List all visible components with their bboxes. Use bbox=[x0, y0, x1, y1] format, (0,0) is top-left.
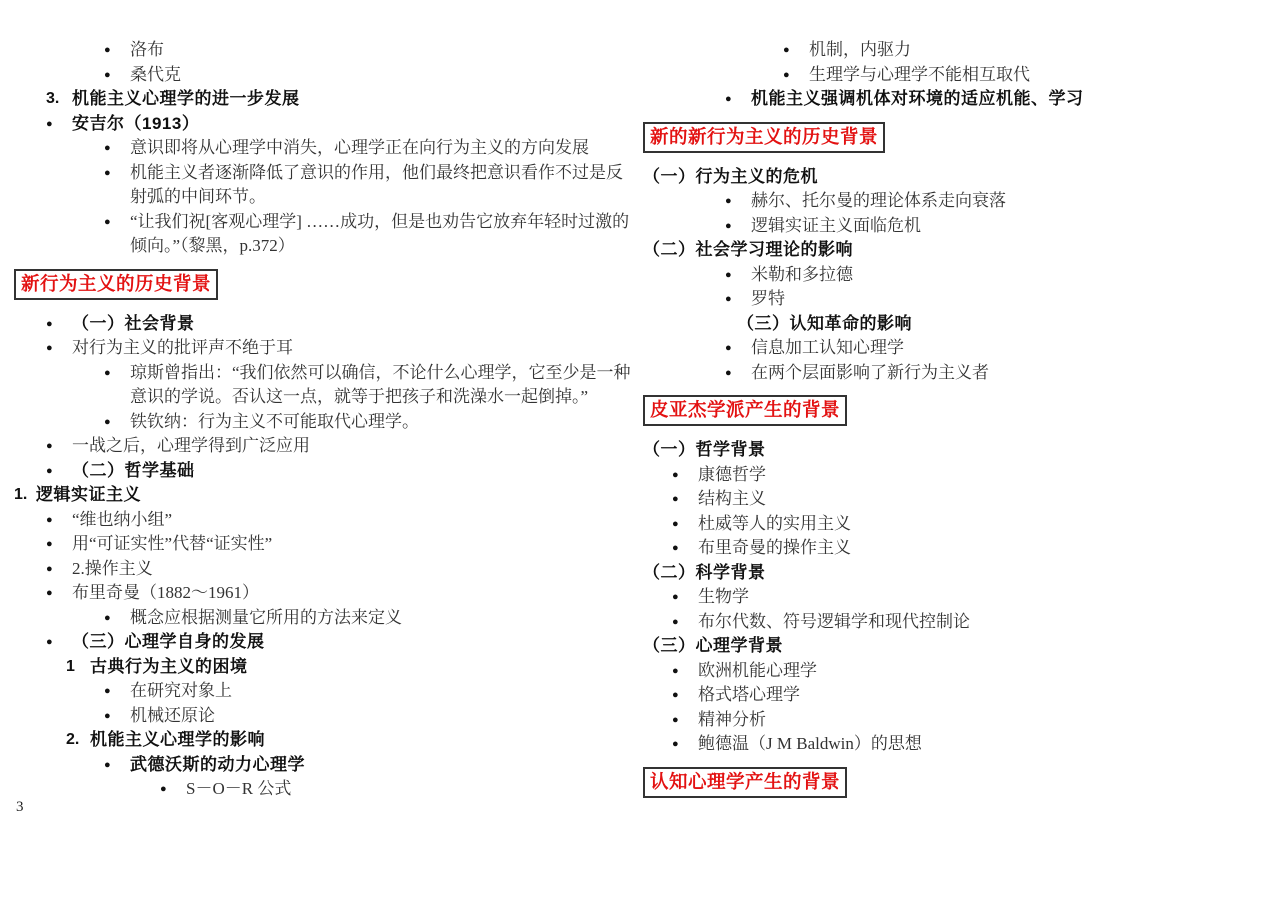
outline-item: （三）心理学背景 bbox=[643, 634, 1275, 659]
outline-item: ●铁钦纳：行为主义不可能取代心理学。 bbox=[14, 410, 636, 435]
outline-item-text: 琼斯曾指出：“我们依然可以确信，不论什么心理学，它至少是一种意识的学说。否认这一… bbox=[130, 361, 636, 410]
outline-item: ●赫尔、托尔曼的理论体系走向衰落 bbox=[643, 189, 1275, 214]
outline-item-text: “让我们祝[客观心理学] ……成功，但是也劝告它放弃年轻时过激的倾向。”（黎黑，… bbox=[130, 210, 636, 259]
page-number: 3 bbox=[16, 799, 24, 816]
outline-item: ●桑代克 bbox=[14, 63, 636, 88]
outline-item: ●一战之后，心理学得到广泛应用 bbox=[14, 434, 636, 459]
outline-item-text: 在两个层面影响了新行为主义者 bbox=[751, 361, 1275, 386]
outline-item-text: （三）心理学背景 bbox=[643, 634, 1275, 659]
outline-item: ●“维也纳小组” bbox=[14, 508, 636, 533]
bullet-icon: ● bbox=[104, 361, 130, 410]
bullet-icon: ● bbox=[46, 630, 72, 655]
bullet-icon: ● bbox=[672, 708, 698, 733]
outline-item: ●对行为主义的批评声不绝于耳 bbox=[14, 336, 636, 361]
outline-item: ●琼斯曾指出：“我们依然可以确信，不论什么心理学，它至少是一种意识的学说。否认这… bbox=[14, 361, 636, 410]
outline-item-text: “维也纳小组” bbox=[72, 508, 636, 533]
outline-item-text: （三）心理学自身的发展 bbox=[72, 630, 636, 655]
bullet-icon: ● bbox=[672, 659, 698, 684]
bullet-icon: ● bbox=[725, 189, 751, 214]
outline-item: ●布里奇曼（1882～1961） bbox=[14, 581, 636, 606]
outline-item: ●格式塔心理学 bbox=[643, 683, 1275, 708]
outline-item: ●康德哲学 bbox=[643, 463, 1275, 488]
outline-item-text: （二）科学背景 bbox=[643, 561, 1275, 586]
outline-item: ●“让我们祝[客观心理学] ……成功，但是也劝告它放弃年轻时过激的倾向。”（黎黑… bbox=[14, 210, 636, 259]
outline-item: ●精神分析 bbox=[643, 708, 1275, 733]
section-heading-text: 新的新行为主义的历史背景 bbox=[650, 126, 878, 147]
section-heading-text: 新行为主义的历史背景 bbox=[21, 273, 211, 294]
bullet-icon: ● bbox=[783, 38, 809, 63]
bullet-icon: ● bbox=[46, 459, 72, 484]
outline-item-text: 生物学 bbox=[698, 585, 1275, 610]
outline-item-text: 机械还原论 bbox=[130, 704, 636, 729]
bullet-icon: ● bbox=[46, 312, 72, 337]
outline-item-text: 米勒和多拉德 bbox=[751, 263, 1275, 288]
outline-item: ●洛布 bbox=[14, 38, 636, 63]
outline-item: ●机制，内驱力 bbox=[643, 38, 1275, 63]
outline-item-text: 欧洲机能心理学 bbox=[698, 659, 1275, 684]
bullet-icon: ● bbox=[672, 487, 698, 512]
outline-item-text: （二）社会学习理论的影响 bbox=[643, 238, 1275, 263]
outline-item-text: 2.操作主义 bbox=[72, 557, 636, 582]
bullet-icon: ● bbox=[160, 777, 186, 802]
bullet-icon: ● bbox=[725, 287, 751, 312]
outline-item-text: （一）哲学背景 bbox=[643, 438, 1275, 463]
outline-item-text: 安吉尔（1913） bbox=[72, 112, 636, 137]
outline-item: ●罗特 bbox=[643, 287, 1275, 312]
outline-item-text: （三）认知革命的影响 bbox=[737, 312, 1275, 337]
outline-item: ●机能主义强调机体对环境的适应机能、学习 bbox=[643, 87, 1275, 112]
outline-item: ●武德沃斯的动力心理学 bbox=[14, 753, 636, 778]
item-number: 2. bbox=[66, 728, 90, 753]
bullet-icon: ● bbox=[725, 214, 751, 239]
outline-item-text: 布里奇曼的操作主义 bbox=[698, 536, 1275, 561]
outline-item: ●生理学与心理学不能相互取代 bbox=[643, 63, 1275, 88]
outline-item: ●概念应根据测量它所用的方法来定义 bbox=[14, 606, 636, 631]
outline-item-text: 概念应根据测量它所用的方法来定义 bbox=[130, 606, 636, 631]
outline-item-text: 铁钦纳：行为主义不可能取代心理学。 bbox=[130, 410, 636, 435]
outline-item: ●在两个层面影响了新行为主义者 bbox=[643, 361, 1275, 386]
bullet-icon: ● bbox=[725, 263, 751, 288]
bullet-icon: ● bbox=[672, 536, 698, 561]
outline-item: （一）行为主义的危机 bbox=[643, 165, 1275, 190]
outline-item: （二）科学背景 bbox=[643, 561, 1275, 586]
outline-item-text: 布尔代数、符号逻辑学和现代控制论 bbox=[698, 610, 1275, 635]
outline-item-text: （二）哲学基础 bbox=[72, 459, 636, 484]
outline-item-text: 古典行为主义的困境 bbox=[90, 655, 636, 680]
outline-item-text: 赫尔、托尔曼的理论体系走向衰落 bbox=[751, 189, 1275, 214]
outline-item: ●（三）心理学自身的发展 bbox=[14, 630, 636, 655]
outline-item-text: 格式塔心理学 bbox=[698, 683, 1275, 708]
outline-item: ●布尔代数、符号逻辑学和现代控制论 bbox=[643, 610, 1275, 635]
outline-item-text: 康德哲学 bbox=[698, 463, 1275, 488]
outline-item-text: （一）行为主义的危机 bbox=[643, 165, 1275, 190]
item-number: 3. bbox=[46, 87, 72, 112]
item-number: 1. bbox=[14, 483, 36, 508]
outline-item: 2.机能主义心理学的影响 bbox=[14, 728, 636, 753]
bullet-icon: ● bbox=[725, 87, 751, 112]
bullet-icon: ● bbox=[104, 63, 130, 88]
outline-item-text: S－O－R 公式 bbox=[186, 777, 636, 802]
bullet-icon: ● bbox=[104, 210, 130, 259]
bullet-icon: ● bbox=[725, 361, 751, 386]
bullet-icon: ● bbox=[104, 136, 130, 161]
outline-item: ●机械还原论 bbox=[14, 704, 636, 729]
bullet-icon: ● bbox=[672, 683, 698, 708]
section-heading-text: 皮亚杰学派产生的背景 bbox=[650, 399, 840, 420]
outline-item: ●结构主义 bbox=[643, 487, 1275, 512]
section-heading-text: 认知心理学产生的背景 bbox=[650, 771, 840, 792]
bullet-icon: ● bbox=[104, 410, 130, 435]
outline-item-text: 用“可证实性”代替“证实性” bbox=[72, 532, 636, 557]
outline-item-text: 机制，内驱力 bbox=[809, 38, 1275, 63]
outline-item: 3.机能主义心理学的进一步发展 bbox=[14, 87, 636, 112]
bullet-icon: ● bbox=[672, 512, 698, 537]
bullet-icon: ● bbox=[672, 585, 698, 610]
left-column: ●洛布●桑代克3.机能主义心理学的进一步发展●安吉尔（1913）●意识即将从心理… bbox=[14, 38, 636, 802]
outline-item-text: 结构主义 bbox=[698, 487, 1275, 512]
outline-item-text: 杜威等人的实用主义 bbox=[698, 512, 1275, 537]
outline-item: ●2.操作主义 bbox=[14, 557, 636, 582]
bullet-icon: ● bbox=[46, 434, 72, 459]
outline-item: ●鲍德温（J M Baldwin）的思想 bbox=[643, 732, 1275, 757]
outline-item-text: 生理学与心理学不能相互取代 bbox=[809, 63, 1275, 88]
outline-item-text: 一战之后，心理学得到广泛应用 bbox=[72, 434, 636, 459]
outline-item-text: 洛布 bbox=[130, 38, 636, 63]
bullet-icon: ● bbox=[104, 753, 130, 778]
bullet-icon: ● bbox=[46, 336, 72, 361]
bullet-icon: ● bbox=[672, 463, 698, 488]
outline-item: （三）认知革命的影响 bbox=[643, 312, 1275, 337]
section-heading-box: 新的新行为主义的历史背景 bbox=[643, 122, 885, 153]
outline-item-text: 机能主义者逐渐降低了意识的作用，他们最终把意识看作不过是反射弧的中间环节。 bbox=[130, 161, 636, 210]
outline-item: ●生物学 bbox=[643, 585, 1275, 610]
outline-item-text: 罗特 bbox=[751, 287, 1275, 312]
bullet-icon: ● bbox=[46, 112, 72, 137]
outline-item: ●在研究对象上 bbox=[14, 679, 636, 704]
outline-item: ●（二）哲学基础 bbox=[14, 459, 636, 484]
outline-item-text: 对行为主义的批评声不绝于耳 bbox=[72, 336, 636, 361]
item-number: 1 bbox=[66, 655, 90, 680]
outline-item: ●安吉尔（1913） bbox=[14, 112, 636, 137]
bullet-icon: ● bbox=[783, 63, 809, 88]
bullet-icon: ● bbox=[104, 679, 130, 704]
outline-item-text: 逻辑实证主义 bbox=[36, 483, 636, 508]
outline-item: ●用“可证实性”代替“证实性” bbox=[14, 532, 636, 557]
outline-item-text: 鲍德温（J M Baldwin）的思想 bbox=[698, 732, 1275, 757]
outline-item-text: 信息加工认知心理学 bbox=[751, 336, 1275, 361]
right-column: ●机制，内驱力●生理学与心理学不能相互取代●机能主义强调机体对环境的适应机能、学… bbox=[643, 38, 1275, 810]
bullet-icon: ● bbox=[672, 732, 698, 757]
section-heading-box: 认知心理学产生的背景 bbox=[643, 767, 847, 798]
outline-item: （一）哲学背景 bbox=[643, 438, 1275, 463]
outline-item: ●意识即将从心理学中消失，心理学正在向行为主义的方向发展 bbox=[14, 136, 636, 161]
outline-item: 1.逻辑实证主义 bbox=[14, 483, 636, 508]
outline-item: ●（一）社会背景 bbox=[14, 312, 636, 337]
outline-item-text: 布里奇曼（1882～1961） bbox=[72, 581, 636, 606]
outline-item: ●S－O－R 公式 bbox=[14, 777, 636, 802]
bullet-icon: ● bbox=[46, 557, 72, 582]
section-heading-box: 皮亚杰学派产生的背景 bbox=[643, 395, 847, 426]
outline-item-text: 桑代克 bbox=[130, 63, 636, 88]
outline-item-text: 逻辑实证主义面临危机 bbox=[751, 214, 1275, 239]
outline-item: ●信息加工认知心理学 bbox=[643, 336, 1275, 361]
bullet-icon: ● bbox=[104, 704, 130, 729]
outline-item: ●机能主义者逐渐降低了意识的作用，他们最终把意识看作不过是反射弧的中间环节。 bbox=[14, 161, 636, 210]
bullet-icon: ● bbox=[46, 508, 72, 533]
outline-item: ●杜威等人的实用主义 bbox=[643, 512, 1275, 537]
outline-item-text: 精神分析 bbox=[698, 708, 1275, 733]
bullet-icon: ● bbox=[104, 38, 130, 63]
outline-item: 1古典行为主义的困境 bbox=[14, 655, 636, 680]
document-page: ●洛布●桑代克3.机能主义心理学的进一步发展●安吉尔（1913）●意识即将从心理… bbox=[0, 0, 1281, 910]
outline-item-text: 机能主义心理学的影响 bbox=[90, 728, 636, 753]
outline-item: （二）社会学习理论的影响 bbox=[643, 238, 1275, 263]
outline-item-text: 机能主义强调机体对环境的适应机能、学习 bbox=[751, 87, 1275, 112]
outline-item-text: 武德沃斯的动力心理学 bbox=[130, 753, 636, 778]
outline-item: ●米勒和多拉德 bbox=[643, 263, 1275, 288]
outline-item: ●欧洲机能心理学 bbox=[643, 659, 1275, 684]
bullet-icon: ● bbox=[46, 532, 72, 557]
section-heading-box: 新行为主义的历史背景 bbox=[14, 269, 218, 300]
outline-item-text: （一）社会背景 bbox=[72, 312, 636, 337]
bullet-icon: ● bbox=[104, 161, 130, 210]
bullet-icon: ● bbox=[672, 610, 698, 635]
outline-item-text: 意识即将从心理学中消失，心理学正在向行为主义的方向发展 bbox=[130, 136, 636, 161]
outline-item-text: 在研究对象上 bbox=[130, 679, 636, 704]
bullet-icon: ● bbox=[725, 336, 751, 361]
bullet-icon: ● bbox=[104, 606, 130, 631]
outline-item: ●布里奇曼的操作主义 bbox=[643, 536, 1275, 561]
bullet-icon: ● bbox=[46, 581, 72, 606]
outline-item: ●逻辑实证主义面临危机 bbox=[643, 214, 1275, 239]
outline-item-text: 机能主义心理学的进一步发展 bbox=[72, 87, 636, 112]
